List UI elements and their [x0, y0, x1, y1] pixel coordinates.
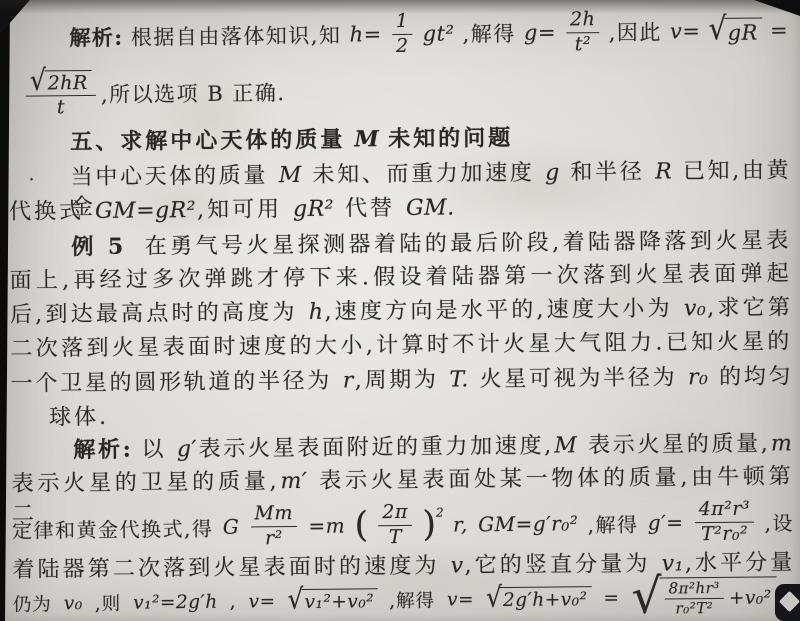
- section-heading: 五、求解中心天体的质量M未知的问题: [8, 120, 790, 159]
- corner-play-icon: [775, 584, 800, 621]
- sqrt-2gh-v02: √ 2g′h+v₀²: [486, 586, 592, 611]
- fraction-sqrt2hR-t: √2hR t: [26, 70, 96, 119]
- radical-sign: √: [708, 14, 726, 44]
- example5-line4: 二次落到火星表面时速度的大小,计算时不计火星大气阻力.已知火星的: [10, 327, 792, 365]
- radical-sign: √: [287, 586, 303, 613]
- radical-sign: √: [30, 67, 47, 94]
- fraction-8pi2hr3-r02T2: 8π²hr³ r₀²T²: [664, 580, 724, 617]
- example5-line5: 一个卫星的圆形轨道的半径为 r,周期为 T. 火星可视为半径为 r₀ 的均匀: [11, 362, 793, 400]
- fraction-one-half: 1 2: [392, 11, 413, 57]
- paren-squared: )2: [422, 511, 444, 539]
- sqrt-v12-v02: √ v₁²+v₀²: [287, 588, 378, 613]
- example-label: 例 5: [71, 234, 126, 261]
- scan-top-edge: [0, 0, 800, 14]
- diamond-icon: [779, 591, 800, 612]
- open-paren: (: [354, 511, 368, 539]
- example5-line6: 球体.: [11, 396, 793, 434]
- paragraph2-line2: 代换式 GM=gR²,知可用 gR² 代替 GM.: [9, 190, 791, 228]
- radical-sign: √: [631, 578, 661, 618]
- sqrt-gR: √ gR: [708, 17, 762, 45]
- radical-sign: √: [486, 584, 502, 611]
- fraction-2h-t2: 2h t²: [566, 9, 600, 55]
- scanned-textbook-page: 解析: 根据自由落体知识,知 h= 1 2 gt² ,解得 g= 2h t² ,…: [0, 0, 800, 621]
- solution2-line5: 仍为 v₀ ,则 v₁²=2g′h , v= √ v₁²+v₀² ,解得 v= …: [13, 576, 795, 621]
- close-paren: ): [422, 511, 436, 539]
- scan-top-right-corner: [754, 0, 800, 16]
- fraction-4pi2r3-T2r02: 4π²r³ T²r₀²: [695, 499, 755, 545]
- sqrt-2hR: √2hR: [30, 70, 92, 95]
- page-content: 解析: 根据自由落体知识,知 h= 1 2 gt² ,解得 g= 2h t² ,…: [0, 0, 800, 621]
- solution-label: 解析:: [69, 22, 124, 53]
- sqrt-8pi2hr3: √ 8π²hr³ r₀²T² +v₀²: [631, 577, 776, 618]
- solution2-line1: 解析:以 g′表示火星表面附近的重力加速度,M 表示火星的质量,m: [11, 428, 793, 467]
- example5-line3: 后,到达最高点时的高度为 h,速度方向是水平的,速度大小为 v₀,求它第: [10, 293, 792, 331]
- example5-line2: 面上,再经过多次弹跳才停下来.假设着陆器第一次落到火星表面弹起: [10, 259, 792, 297]
- solution-label: 解析:: [73, 437, 133, 464]
- fraction-2pi-T: 2π T: [378, 502, 412, 548]
- fraction-Mm-r2: Mm r²: [250, 503, 297, 549]
- solution2-line3: 定律和黄金代换式,得 G Mm r² =m ( 2π T )2 r, GM=g′…: [12, 494, 794, 556]
- example5-line1: 例 5 在勇气号火星探测器着陆的最后阶段,着陆器降落到火星表: [9, 225, 791, 264]
- solution1-line2: √2hR t ,所以选项 B 正确.: [8, 56, 791, 126]
